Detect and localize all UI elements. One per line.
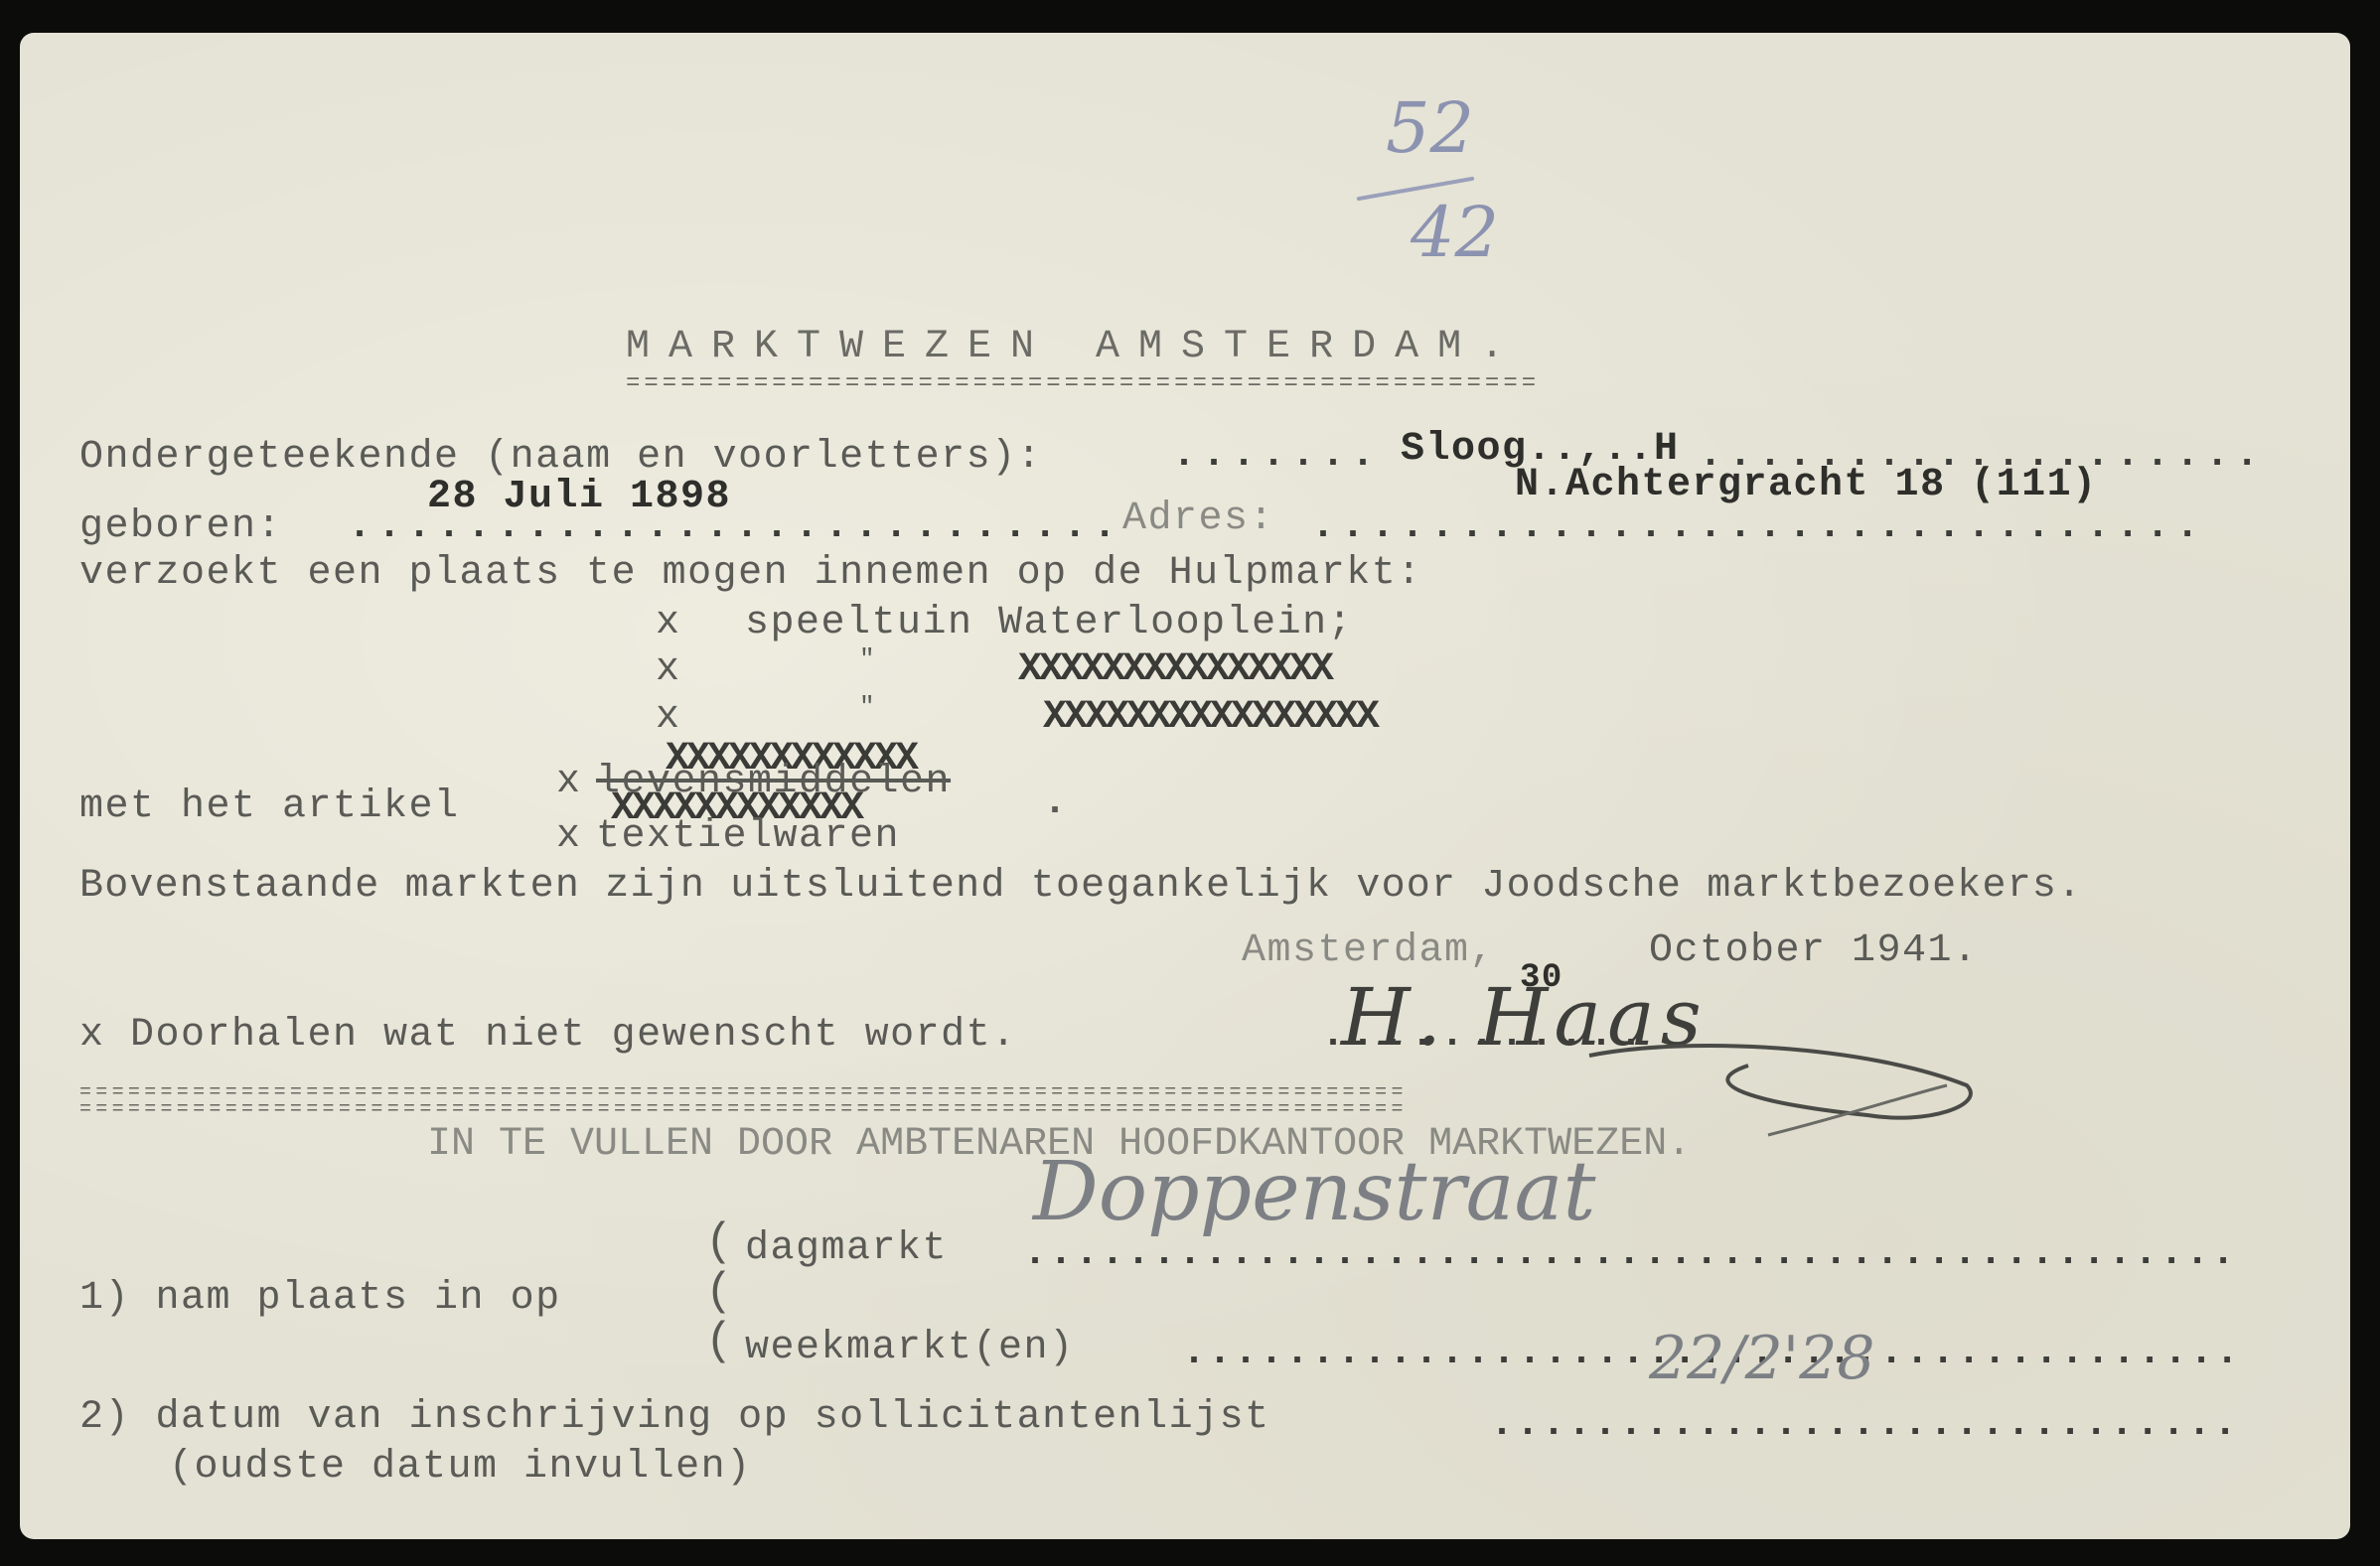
month-year: October 1941. bbox=[1649, 931, 1979, 971]
notice-text: Bovenstaande markten zijn uitsluitend to… bbox=[79, 867, 2082, 907]
brace-top: ( bbox=[705, 1219, 734, 1265]
born-label: geboren: bbox=[79, 507, 282, 547]
market-option-3-marker: x bbox=[656, 698, 681, 738]
place: Amsterdam, bbox=[1242, 931, 1495, 971]
item2-label: 2) datum van inschrijving op sollicitant… bbox=[79, 1398, 1270, 1438]
weekmarkt-label: weekmarkt(en) bbox=[745, 1329, 1075, 1368]
dagmarkt-label: dagmarkt bbox=[745, 1229, 948, 1269]
market-option-3-struck[interactable]: XXXXXXXXXXXXXXXX bbox=[1043, 698, 1377, 738]
dagmarkt-dots: ........................................… bbox=[1023, 1234, 2237, 1274]
market-option-1-marker: x bbox=[656, 604, 681, 643]
brace-mid: ( bbox=[705, 1269, 734, 1315]
name-dots-pre: ....... bbox=[1172, 436, 1381, 476]
address-value[interactable]: N.Achtergracht 18 (111) bbox=[1515, 466, 2098, 505]
market-option-2-ditto: " bbox=[859, 646, 876, 672]
archive-mark-top: 52 bbox=[1386, 87, 1474, 169]
dagmarkt-value[interactable]: Doppenstraat bbox=[1033, 1145, 1595, 1239]
address-label: Adres: bbox=[1122, 499, 1274, 539]
item2-dots: ............................. bbox=[1490, 1405, 2239, 1445]
item1-label: 1) nam plaats in op bbox=[79, 1279, 561, 1319]
name-label: Ondergeteekende (naam en voorletters): bbox=[79, 438, 1042, 478]
market-option-1-text[interactable]: speeltuin Waterlooplein; bbox=[745, 604, 1353, 643]
archive-mark-bottom: 42 bbox=[1411, 192, 1499, 273]
page-title: MARKTWEZEN AMSTERDAM. bbox=[626, 328, 1523, 367]
footnote: x Doorhalen wat niet gewenscht wordt. bbox=[79, 1016, 1017, 1056]
market-option-2-struck[interactable]: XXXXXXXXXXXXXXX bbox=[1018, 650, 1331, 690]
registration-date-value[interactable]: 22/2'28 bbox=[1649, 1324, 1875, 1393]
request-text: verzoekt een plaats te mogen innemen op … bbox=[79, 554, 1422, 594]
market-option-2-marker: x bbox=[656, 650, 681, 690]
article-option-2-marker: x bbox=[556, 817, 582, 857]
brace-bottom: ( bbox=[705, 1319, 734, 1364]
article-period: . bbox=[1043, 783, 1069, 823]
item2-note: (oudste datum invullen) bbox=[169, 1448, 752, 1488]
article-option-1-marker: x bbox=[556, 763, 582, 802]
address-dots: .............................. bbox=[1311, 507, 2205, 547]
born-dots: .......................... bbox=[348, 507, 1122, 547]
title-underline: ========================================… bbox=[626, 372, 1540, 396]
article-option-2-text[interactable]: textielwaren bbox=[596, 817, 900, 857]
market-option-3-ditto: " bbox=[859, 694, 876, 720]
registration-card: 52 42 MARKTWEZEN AMSTERDAM. ============… bbox=[20, 33, 2350, 1539]
article-label: met het artikel bbox=[79, 787, 460, 827]
divider-line-2: ========================================… bbox=[79, 1100, 1408, 1120]
